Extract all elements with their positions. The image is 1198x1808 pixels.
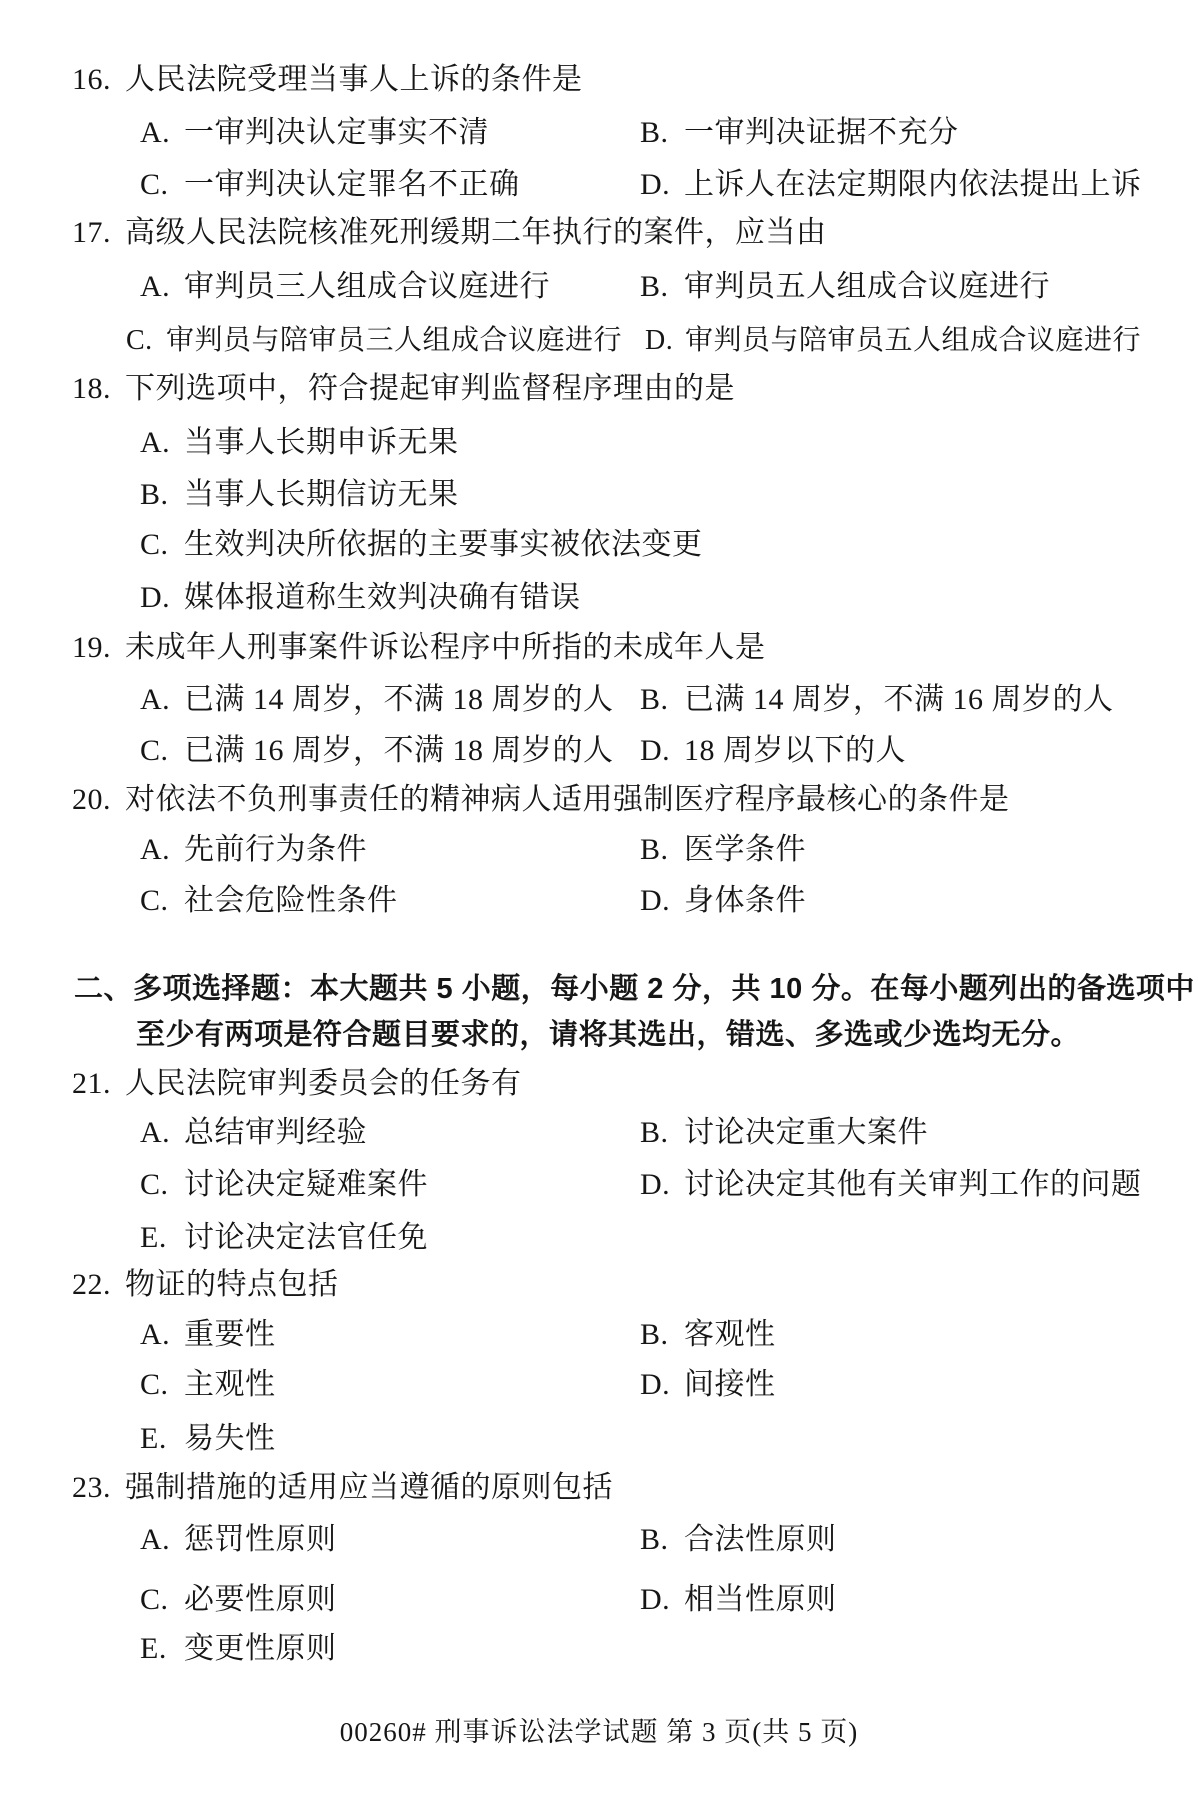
option-text: 一审判决认定罪名不正确 xyxy=(184,168,520,201)
option-text: 已满 14 周岁，不满 18 周岁的人 xyxy=(184,683,614,716)
option-label: C. xyxy=(140,524,184,566)
option-text: 媒体报道称生效判决确有错误 xyxy=(184,581,581,614)
option-text: 重要性 xyxy=(184,1318,276,1351)
option-label: B. xyxy=(640,679,684,721)
option-label: A. xyxy=(140,422,184,464)
q20-option-b: B.医学条件 xyxy=(640,829,806,871)
q18-option-a: A.当事人长期申诉无果 xyxy=(140,422,459,464)
q19-option-d: D.18 周岁以下的人 xyxy=(640,730,906,772)
option-text: 身体条件 xyxy=(684,884,806,917)
question-22-stem: 22.物证的特点包括 xyxy=(72,1264,339,1306)
option-text: 当事人长期信访无果 xyxy=(184,478,459,511)
option-label: A. xyxy=(140,112,184,154)
option-text: 社会危险性条件 xyxy=(184,884,398,917)
option-label: B. xyxy=(140,474,184,516)
q23-option-b: B.合法性原则 xyxy=(640,1519,837,1561)
option-label: A. xyxy=(140,1314,184,1356)
option-text: 必要性原则 xyxy=(184,1583,337,1616)
option-text: 合法性原则 xyxy=(684,1523,837,1556)
q22-option-e: E.易失性 xyxy=(140,1418,276,1460)
option-label: C. xyxy=(140,880,184,922)
question-text: 强制措施的适用应当遵循的原则包括 xyxy=(125,1471,613,1504)
option-label: E. xyxy=(140,1217,184,1259)
q22-option-b: B.客观性 xyxy=(640,1314,776,1356)
q19-option-c: C.已满 16 周岁，不满 18 周岁的人 xyxy=(140,730,614,772)
q21-option-d: D.讨论决定其他有关审判工作的问题 xyxy=(640,1164,1142,1206)
option-label: A. xyxy=(140,1519,184,1561)
option-text: 已满 16 周岁，不满 18 周岁的人 xyxy=(184,734,614,767)
q21-option-b: B.讨论决定重大案件 xyxy=(640,1112,928,1154)
option-label: B. xyxy=(640,112,684,154)
option-label: A. xyxy=(140,1112,184,1154)
option-label: C. xyxy=(140,1164,184,1206)
question-text: 未成年人刑事案件诉讼程序中所指的未成年人是 xyxy=(125,631,766,664)
option-text: 一审判决认定事实不清 xyxy=(184,116,489,149)
q22-option-c: C.主观性 xyxy=(140,1364,276,1406)
option-text: 上诉人在法定期限内依法提出上诉 xyxy=(684,168,1142,201)
q17-option-d: D.审判员与陪审员五人组成合议庭进行 xyxy=(645,320,1141,362)
option-text: 生效判决所依据的主要事实被依法变更 xyxy=(184,528,703,561)
q20-option-c: C.社会危险性条件 xyxy=(140,880,398,922)
question-17-stem: 17.高级人民法院核准死刑缓期二年执行的案件，应当由 xyxy=(72,212,827,254)
q19-option-b: B.已满 14 周岁，不满 16 周岁的人 xyxy=(640,679,1114,721)
question-text: 高级人民法院核准死刑缓期二年执行的案件，应当由 xyxy=(125,216,827,249)
option-text: 主观性 xyxy=(184,1368,276,1401)
option-label: D. xyxy=(640,1164,684,1206)
question-20-stem: 20.对依法不负刑事责任的精神病人适用强制医疗程序最核心的条件是 xyxy=(72,779,1010,821)
q16-option-a: A.一审判决认定事实不清 xyxy=(140,112,489,154)
option-label: B. xyxy=(640,1314,684,1356)
q17-option-a: A.审判员三人组成合议庭进行 xyxy=(140,266,550,308)
option-text: 先前行为条件 xyxy=(184,833,367,866)
q23-option-d: D.相当性原则 xyxy=(640,1579,837,1621)
q23-option-e: E.变更性原则 xyxy=(140,1628,337,1670)
option-label: D. xyxy=(640,730,684,772)
q17-option-c: C.审判员与陪审员三人组成合议庭进行 xyxy=(126,320,622,362)
option-text: 客观性 xyxy=(684,1318,776,1351)
q22-option-a: A.重要性 xyxy=(140,1314,276,1356)
exam-page: 16.人民法院受理当事人上诉的条件是 A.一审判决认定事实不清 B.一审判决证据… xyxy=(0,0,1198,1808)
option-label: A. xyxy=(140,679,184,721)
q21-option-a: A.总结审判经验 xyxy=(140,1112,367,1154)
page-footer: 00260# 刑事诉讼法学试题 第 3 页(共 5 页) xyxy=(0,1710,1198,1749)
option-label: D. xyxy=(645,320,685,362)
q18-option-d: D.媒体报道称生效判决确有错误 xyxy=(140,577,581,619)
question-number: 23. xyxy=(72,1467,125,1509)
section-2-header-line1: 二、多项选择题：本大题共 5 小题，每小题 2 分，共 10 分。在每小题列出的… xyxy=(74,968,1195,1010)
option-text: 审判员与陪审员五人组成合议庭进行 xyxy=(685,325,1141,356)
option-label: B. xyxy=(640,266,684,308)
question-19-stem: 19.未成年人刑事案件诉讼程序中所指的未成年人是 xyxy=(72,627,766,669)
option-label: E. xyxy=(140,1628,184,1670)
option-text: 已满 14 周岁，不满 16 周岁的人 xyxy=(684,683,1114,716)
question-number: 19. xyxy=(72,627,125,669)
question-text: 物证的特点包括 xyxy=(125,1268,339,1301)
q23-option-a: A.惩罚性原则 xyxy=(140,1519,337,1561)
option-text: 审判员五人组成合议庭进行 xyxy=(684,270,1050,303)
question-text: 下列选项中，符合提起审判监督程序理由的是 xyxy=(125,372,735,405)
option-text: 一审判决证据不充分 xyxy=(684,116,959,149)
q21-option-e: E.讨论决定法官任免 xyxy=(140,1217,428,1259)
question-text: 人民法院受理当事人上诉的条件是 xyxy=(125,63,583,96)
option-text: 审判员三人组成合议庭进行 xyxy=(184,270,550,303)
q19-option-a: A.已满 14 周岁，不满 18 周岁的人 xyxy=(140,679,614,721)
q20-option-a: A.先前行为条件 xyxy=(140,829,367,871)
q22-option-d: D.间接性 xyxy=(640,1364,776,1406)
option-label: A. xyxy=(140,266,184,308)
option-text: 惩罚性原则 xyxy=(184,1523,337,1556)
q21-option-c: C.讨论决定疑难案件 xyxy=(140,1164,428,1206)
option-label: D. xyxy=(140,577,184,619)
option-label: C. xyxy=(140,1579,184,1621)
option-label: D. xyxy=(640,880,684,922)
question-16-stem: 16.人民法院受理当事人上诉的条件是 xyxy=(72,59,583,101)
q18-option-c: C.生效判决所依据的主要事实被依法变更 xyxy=(140,524,703,566)
option-text: 讨论决定其他有关审判工作的问题 xyxy=(684,1168,1142,1201)
option-text: 讨论决定疑难案件 xyxy=(184,1168,428,1201)
option-label: C. xyxy=(140,1364,184,1406)
question-number: 21. xyxy=(72,1063,125,1105)
q16-option-c: C.一审判决认定罪名不正确 xyxy=(140,164,520,206)
question-23-stem: 23.强制措施的适用应当遵循的原则包括 xyxy=(72,1467,613,1509)
option-text: 18 周岁以下的人 xyxy=(684,734,906,767)
question-18-stem: 18.下列选项中，符合提起审判监督程序理由的是 xyxy=(72,368,735,410)
q18-option-b: B.当事人长期信访无果 xyxy=(140,474,459,516)
q17-option-b: B.审判员五人组成合议庭进行 xyxy=(640,266,1050,308)
question-number: 18. xyxy=(72,368,125,410)
option-text: 间接性 xyxy=(684,1368,776,1401)
option-label: C. xyxy=(126,320,166,362)
question-number: 22. xyxy=(72,1264,125,1306)
option-label: C. xyxy=(140,730,184,772)
option-text: 变更性原则 xyxy=(184,1632,337,1665)
option-text: 易失性 xyxy=(184,1422,276,1455)
q20-option-d: D.身体条件 xyxy=(640,880,806,922)
question-number: 17. xyxy=(72,212,125,254)
question-number: 20. xyxy=(72,779,125,821)
option-label: B. xyxy=(640,1519,684,1561)
option-label: E. xyxy=(140,1418,184,1460)
option-text: 总结审判经验 xyxy=(184,1116,367,1149)
option-label: A. xyxy=(140,829,184,871)
option-text: 审判员与陪审员三人组成合议庭进行 xyxy=(166,325,622,356)
option-text: 当事人长期申诉无果 xyxy=(184,426,459,459)
option-label: C. xyxy=(140,164,184,206)
question-text: 对依法不负刑事责任的精神病人适用强制医疗程序最核心的条件是 xyxy=(125,783,1010,816)
section-2-header-line2: 至少有两项是符合题目要求的，请将其选出，错选、多选或少选均无分。 xyxy=(136,1014,1080,1056)
option-label: D. xyxy=(640,1579,684,1621)
option-label: B. xyxy=(640,1112,684,1154)
option-text: 讨论决定重大案件 xyxy=(684,1116,928,1149)
option-text: 医学条件 xyxy=(684,833,806,866)
option-text: 讨论决定法官任免 xyxy=(184,1221,428,1254)
option-text: 相当性原则 xyxy=(684,1583,837,1616)
q23-option-c: C.必要性原则 xyxy=(140,1579,337,1621)
question-21-stem: 21.人民法院审判委员会的任务有 xyxy=(72,1063,522,1105)
option-label: D. xyxy=(640,164,684,206)
option-label: B. xyxy=(640,829,684,871)
q16-option-d: D.上诉人在法定期限内依法提出上诉 xyxy=(640,164,1142,206)
q16-option-b: B.一审判决证据不充分 xyxy=(640,112,959,154)
question-text: 人民法院审判委员会的任务有 xyxy=(125,1067,522,1100)
option-label: D. xyxy=(640,1364,684,1406)
question-number: 16. xyxy=(72,59,125,101)
